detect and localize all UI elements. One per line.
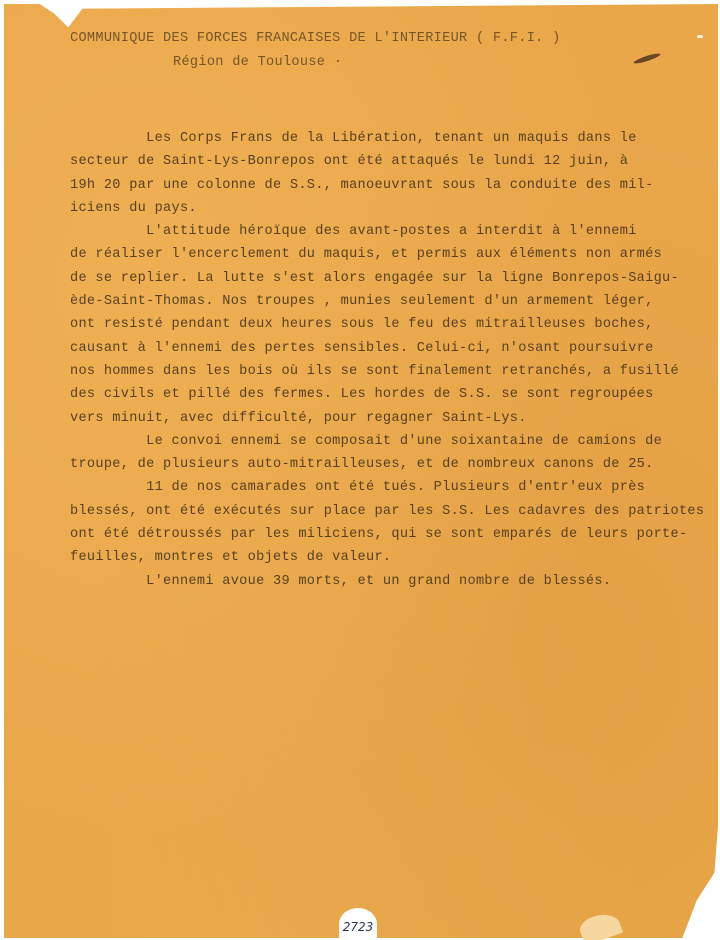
body-line: des civils et pillé des fermes. Les hord… [70,383,704,406]
document-body: Les Corps Frans de la Libération, tenant… [70,127,704,593]
body-line: L'attitude héroïque des avant-postes a i… [70,220,704,243]
body-line: iciens du pays. [70,197,704,220]
body-line: ont été détroussés par les miliciens, qu… [70,523,704,546]
body-line: nos hommes dans les bois où ils se sont … [70,360,704,383]
body-line: 11 de nos camarades ont été tués. Plusie… [70,476,704,499]
body-line: feuilles, montres et objets de valeur. [70,546,704,569]
paper-spot [697,35,703,38]
body-line: ont resisté pendant deux heures sous le … [70,313,704,336]
document-subtitle: Région de Toulouse · [173,55,342,70]
body-line: Les Corps Frans de la Libération, tenant… [70,127,704,150]
body-line: Le convoi ennemi se composait d'une soix… [70,430,704,453]
body-line: causant à l'ennemi des pertes sensibles.… [70,337,704,360]
archive-number-label: 2723 [339,908,377,940]
body-line: secteur de Saint-Lys-Bonrepos ont été at… [70,150,704,173]
body-line: de réaliser l'encerclement du maquis, et… [70,243,704,266]
body-line: 19h 20 par une colonne de S.S., manoeuvr… [70,174,704,197]
body-line: troupe, de plusieurs auto-mitrailleuses,… [70,453,704,476]
body-line: blessés, ont été exécutés sur place par … [70,500,704,523]
document-title: COMMUNIQUE DES FORCES FRANCAISES DE L'IN… [70,31,561,46]
body-line: ède-Saint-Thomas. Nos troupes , munies s… [70,290,704,313]
body-line: L'ennemi avoue 39 morts, et un grand nom… [70,570,704,593]
body-line: vers minuit, avec difficulté, pour regag… [70,407,704,430]
body-line: de se replier. La lutte s'est alors enga… [70,267,704,290]
